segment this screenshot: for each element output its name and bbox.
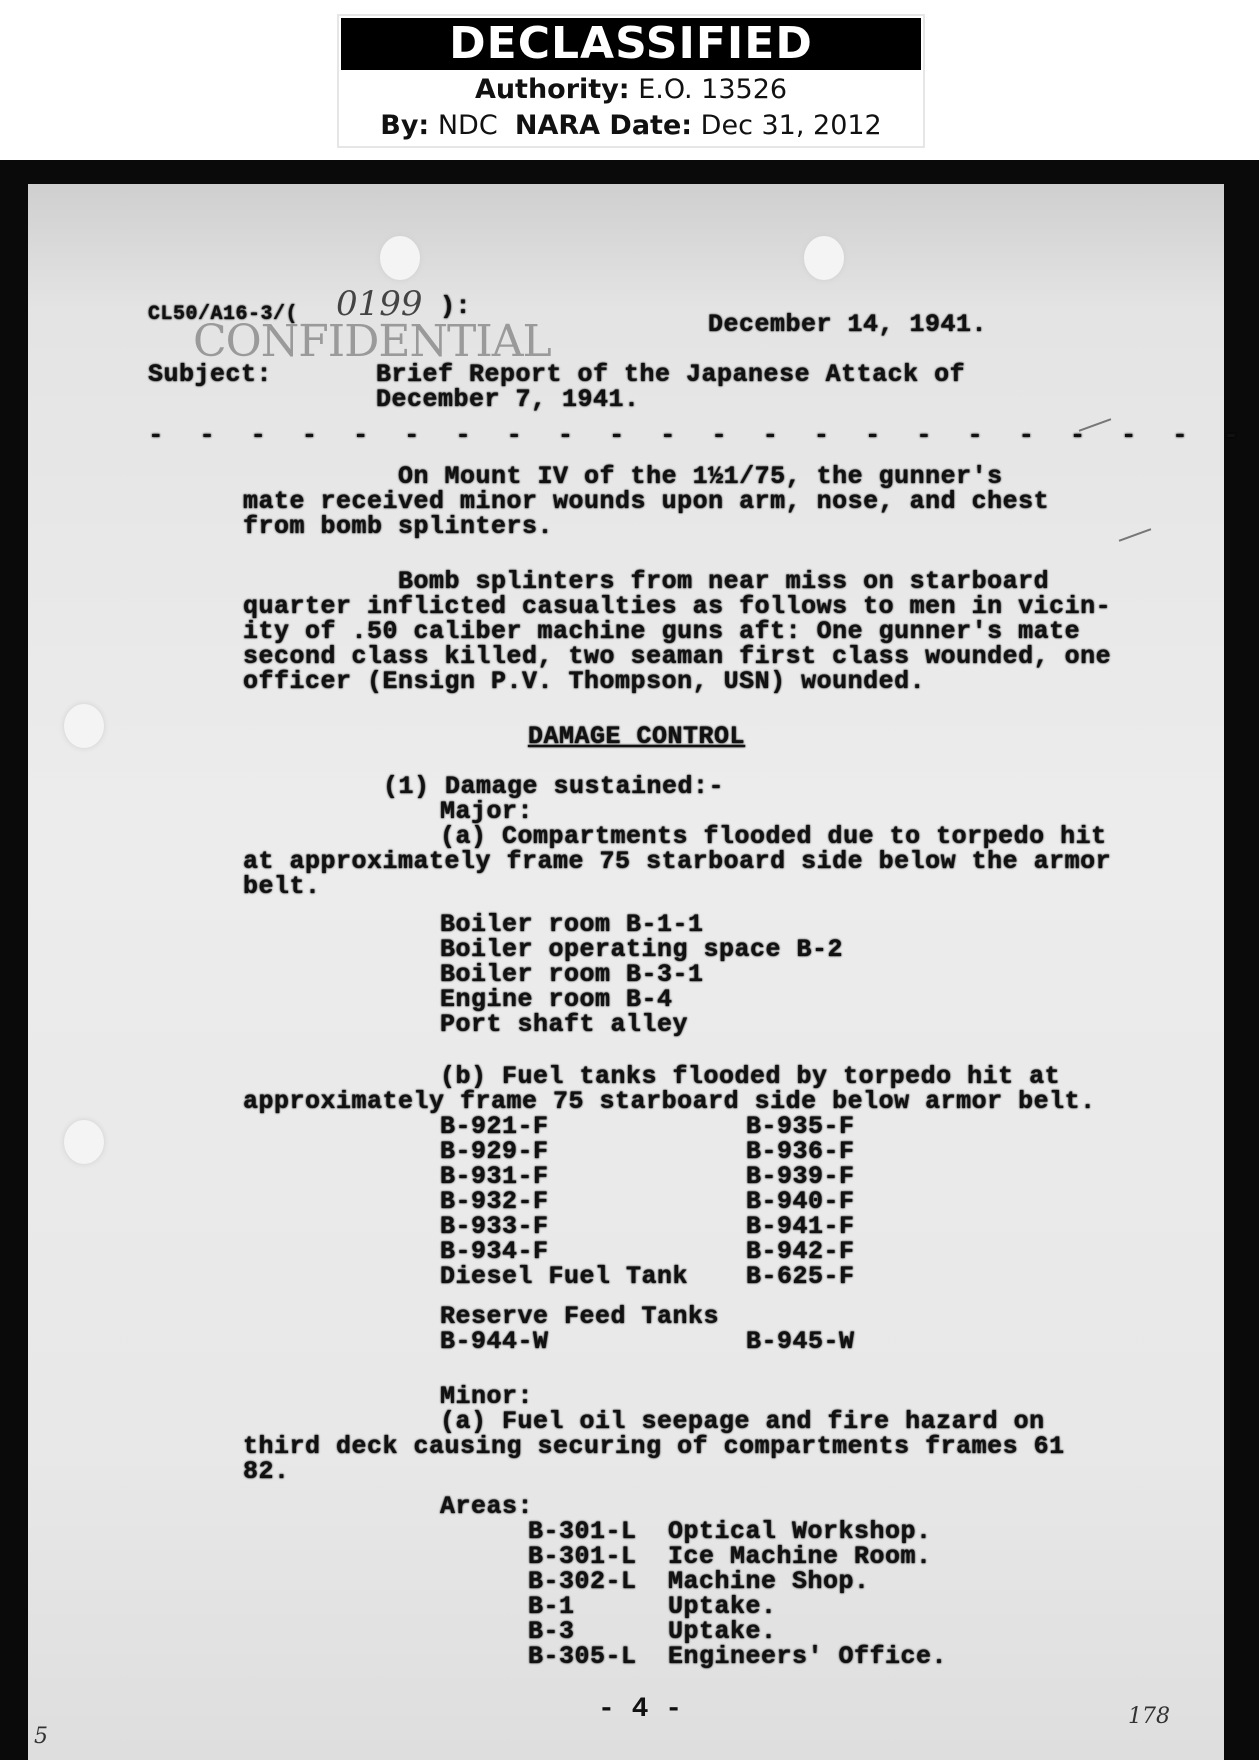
stamp-title: DECLASSIFIED	[341, 18, 921, 70]
paragraph-2-line: officer (Ensign P.V. Thompson, USN) woun…	[243, 669, 925, 694]
stamp-authority: Authority: E.O. 13526	[339, 72, 923, 108]
reserve-right: B-945-W	[746, 1329, 855, 1354]
major-b-line-2: approximately frame 75 starboard side be…	[243, 1089, 1096, 1114]
subject-line-1: Brief Report of the Japanese Attack of	[376, 362, 965, 387]
area-code: B-305-L	[528, 1644, 637, 1669]
area-name: Uptake.	[668, 1594, 777, 1619]
stamp-by-date: By: NDC NARA Date: Dec 31, 2012	[339, 108, 923, 144]
punch-hole	[380, 236, 420, 280]
paragraph-2-line: second class killed, two seaman first cl…	[243, 644, 1111, 669]
area-name: Engineers' Office.	[668, 1644, 947, 1669]
punch-hole	[804, 236, 844, 280]
compartment-item: Port shaft alley	[440, 1012, 688, 1037]
fuel-tank-left: B-934-F	[440, 1239, 549, 1264]
area-code: B-301-L	[528, 1544, 637, 1569]
fuel-tank-left: B-933-F	[440, 1214, 549, 1239]
section-heading: DAMAGE CONTROL	[528, 724, 745, 749]
area-name: Machine Shop.	[668, 1569, 870, 1594]
fuel-tank-right: B-940-F	[746, 1189, 855, 1214]
area-code: B-302-L	[528, 1569, 637, 1594]
fuel-tank-left: B-932-F	[440, 1189, 549, 1214]
page-number: - 4 -	[598, 1694, 682, 1725]
minor-a-line-1: (a) Fuel oil seepage and fire hazard on	[440, 1409, 1045, 1434]
item-1: (1) Damage sustained:-	[383, 774, 724, 799]
fuel-tank-left: B-921-F	[440, 1114, 549, 1139]
paragraph-2-line: quarter inflicted casualties as follows …	[243, 594, 1111, 619]
paragraph-2-line: Bomb splinters from near miss on starboa…	[243, 569, 1049, 594]
fuel-tank-right: B-936-F	[746, 1139, 855, 1164]
reserve-label: Reserve Feed Tanks	[440, 1304, 719, 1329]
compartment-item: Boiler room B-3-1	[440, 962, 704, 987]
scanned-page: CL50/A16-3/( 0199 ): CONFIDENTIAL Decemb…	[0, 160, 1259, 1760]
major-a-line-2: at approximately frame 75 starboard side…	[243, 849, 1111, 874]
major-a-line-3: belt.	[243, 874, 321, 899]
minor-a-line-2: third deck causing securing of compartme…	[243, 1434, 1065, 1459]
minor-label: Minor:	[440, 1384, 533, 1409]
document-date: December 14, 1941.	[708, 312, 987, 337]
fuel-tank-left: Diesel Fuel Tank	[440, 1264, 688, 1289]
paragraph-2-line: ity of .50 caliber machine guns aft: One…	[243, 619, 1080, 644]
punch-hole	[64, 1120, 104, 1164]
paragraph-1-line: mate received minor wounds upon arm, nos…	[243, 489, 1049, 514]
paper-sheet: CL50/A16-3/( 0199 ): CONFIDENTIAL Decemb…	[28, 184, 1224, 1760]
area-name: Optical Workshop.	[668, 1519, 932, 1544]
subject-line-2: December 7, 1941.	[376, 387, 640, 412]
areas-label: Areas:	[440, 1494, 533, 1519]
subject-label: Subject:	[148, 362, 272, 387]
area-code: B-3	[528, 1619, 575, 1644]
punch-hole	[64, 704, 104, 748]
major-a-line-1: (a) Compartments flooded due to torpedo …	[440, 824, 1107, 849]
area-code: B-1	[528, 1594, 575, 1619]
area-name: Uptake.	[668, 1619, 777, 1644]
compartment-item: Boiler room B-1-1	[440, 912, 704, 937]
fuel-tank-right: B-935-F	[746, 1114, 855, 1139]
fuel-tank-right: B-942-F	[746, 1239, 855, 1264]
minor-a-line-3: 82.	[243, 1459, 290, 1484]
major-label: Major:	[440, 799, 533, 824]
check-mark	[1119, 528, 1152, 542]
area-name: Ice Machine Room.	[668, 1544, 932, 1569]
fuel-tank-right: B-625-F	[746, 1264, 855, 1289]
corner-mark: 5	[34, 1724, 48, 1749]
compartment-item: Engine room B-4	[440, 987, 673, 1012]
compartment-item: Boiler operating space B-2	[440, 937, 843, 962]
fuel-tank-right: B-941-F	[746, 1214, 855, 1239]
area-code: B-301-L	[528, 1519, 637, 1544]
declassified-stamp: DECLASSIFIED Authority: E.O. 13526 By: N…	[337, 14, 925, 148]
fuel-tank-right: B-939-F	[746, 1164, 855, 1189]
archive-number: 178	[1128, 1704, 1170, 1729]
major-b-line-1: (b) Fuel tanks flooded by torpedo hit at	[440, 1064, 1060, 1089]
fuel-tank-left: B-929-F	[440, 1139, 549, 1164]
paragraph-1-line: On Mount IV of the 1½1/75, the gunner's	[243, 464, 1003, 489]
fuel-tank-left: B-931-F	[440, 1164, 549, 1189]
reserve-left: B-944-W	[440, 1329, 549, 1354]
paragraph-1-line: from bomb splinters.	[243, 514, 553, 539]
